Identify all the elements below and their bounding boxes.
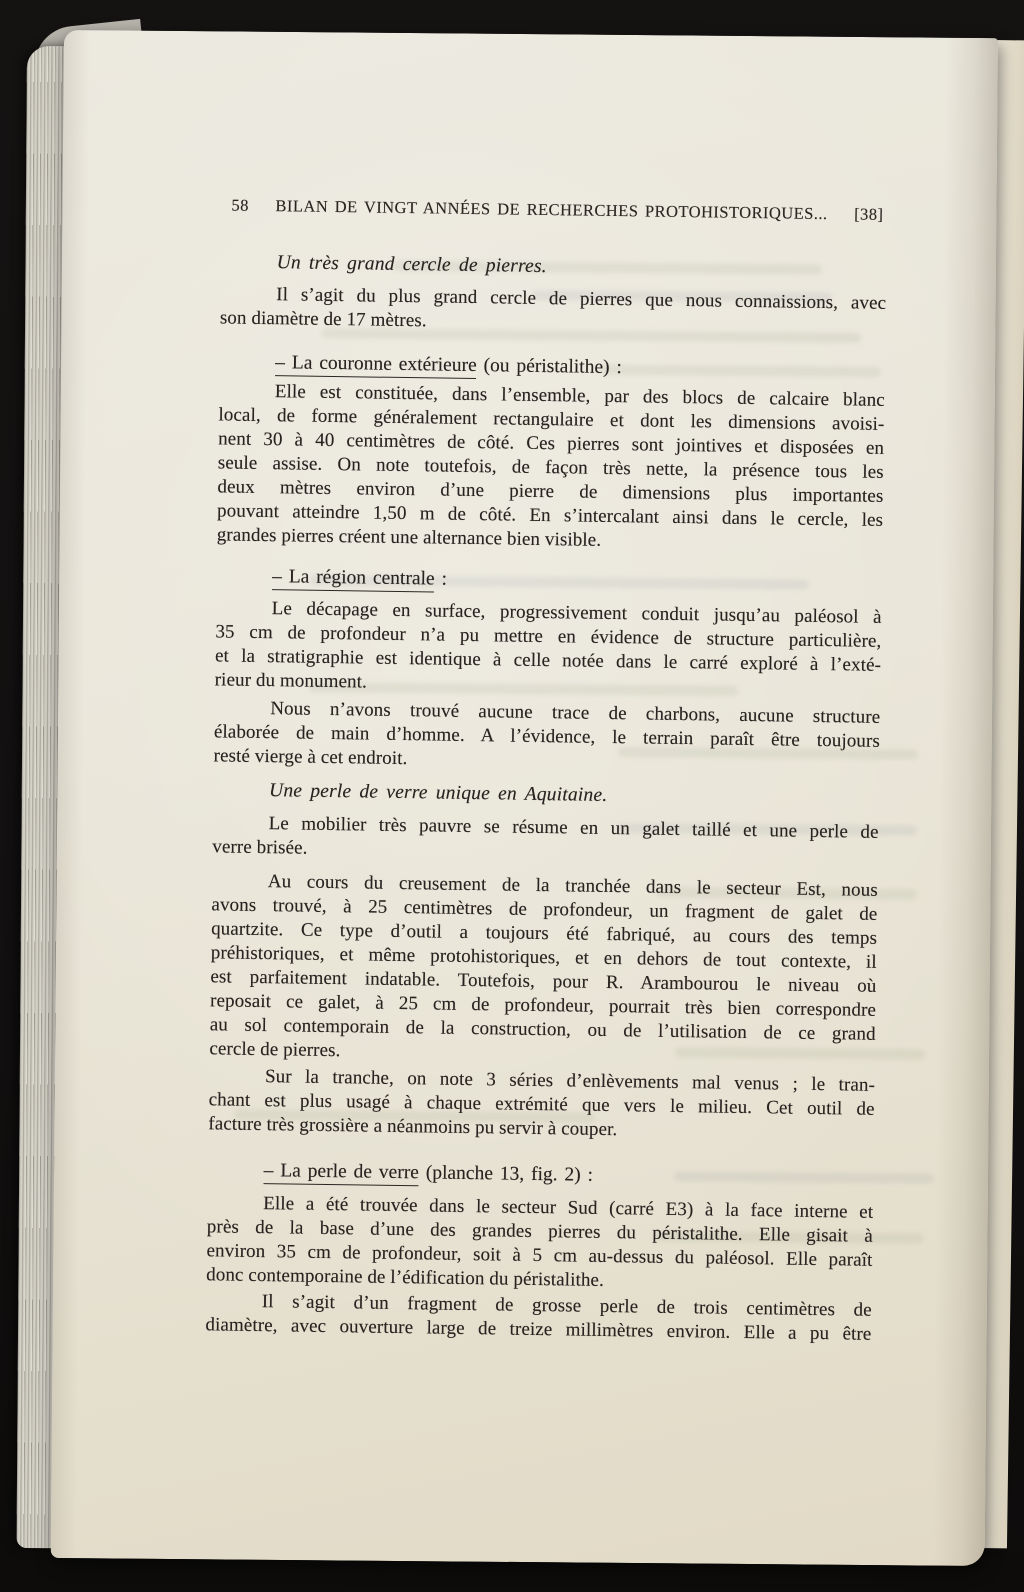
heading-rest-text: (ou péristalithe) : [477,355,622,378]
section-heading-underlined: – La perle de verre (planche 13, fig. 2)… [208,1159,874,1191]
book-page: 58 BILAN DE VINGT ANNÉES DE RECHERCHES P… [51,30,998,1566]
section-heading-underlined: – La couronne extérieure (ou péristalith… [219,351,885,383]
running-title: BILAN DE VINGT ANNÉES DE RECHERCHES PROT… [249,196,855,225]
heading-underlined-text: – La couronne extérieure [275,352,477,379]
heading-rest-text: : [434,568,447,589]
heading-underlined-text: – La perle de verre [264,1160,420,1186]
paragraph: Il s’agit d’un fragment de grosse perle … [205,1289,872,1347]
section-heading-underlined: – La région centrale : [216,565,882,597]
heading-underlined-text: – La région centrale [272,566,435,592]
paragraph: Il s’agit du plus grand cercle de pierre… [220,282,887,340]
section-heading-italic: Une perle de verre unique en Aquitaine. [213,779,879,811]
paragraph: Le mobilier très pauvre se résume en un … [212,811,879,869]
text-column: 58 BILAN DE VINGT ANNÉES DE RECHERCHES P… [202,31,890,1568]
margin-reference: [38] [854,204,884,224]
paragraph: Le décapage en surface, progressivement … [215,596,882,702]
paragraph: Au cours du creusement de la tranchée da… [209,869,878,1071]
heading-rest-text: (planche 13, fig. 2) : [419,1162,593,1185]
running-head: 58 BILAN DE VINGT ANNÉES DE RECHERCHES P… [221,195,887,225]
section-heading-italic: Un très grand cercle de pierres. [221,251,887,283]
paragraph: Elle est constituée, dans l’ensemble, pa… [217,379,885,557]
paragraph: Elle a été trouvée dans le secteur Sud (… [206,1191,873,1297]
book-photo: 58 BILAN DE VINGT ANNÉES DE RECHERCHES P… [0,0,1024,1592]
paragraph: Sur la tranche, on note 3 séries d’enlèv… [208,1064,875,1146]
paragraph: Nous n’avons trouvé aucune trace de char… [213,696,880,778]
page-number: 58 [231,196,249,216]
